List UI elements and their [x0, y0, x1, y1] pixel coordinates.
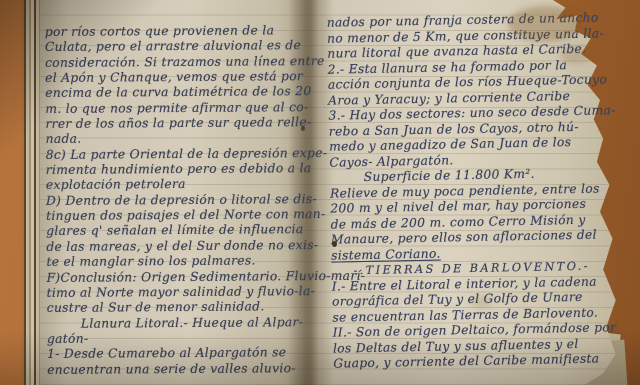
handwriting-line: encima de la curva batimétrica de los 20: [45, 84, 303, 101]
handwriting-line: nada.: [46, 131, 304, 148]
handwriting-line: m. lo que nos permite afirmar que al co-: [45, 100, 303, 117]
left-page-text: por ríos cortos que provienen de laCulat…: [45, 23, 305, 378]
handwriting-line: custre al Sur de menor salinidad.: [47, 299, 305, 316]
handwriting-line: timo al Norte mayor salinidad y fluvio-l…: [47, 284, 305, 301]
handwriting-line: rimenta hundimiento pero es debido a la: [46, 161, 304, 178]
handwriting-line: encuentran una serie de valles aluvio-: [47, 361, 305, 378]
handwriting-line: glares q' señalan el límite de influenci…: [46, 223, 304, 240]
handwriting-line: de las mareas, y el del Sur donde no exi…: [46, 238, 304, 255]
notebook-photo: por ríos cortos que provienen de laCulat…: [0, 0, 640, 385]
handwriting-line: Culata, pero el arrastre aluvional es de: [45, 38, 303, 55]
ink-speck: [301, 126, 305, 131]
handwriting-line: rrer de los años la parte sur queda rell…: [45, 115, 303, 132]
handwriting-line: Llanura Litoral.- Hueque al Alpar-: [47, 315, 305, 332]
handwriting-line: te el manglar sino los palmares.: [46, 253, 304, 270]
handwriting-line: 8c) La parte Oriental de la depresión ex…: [46, 146, 304, 163]
handwriting-line: 1- Desde Cumarebo al Alpargatón se: [47, 345, 305, 362]
handwriting-line: explotación petrolera: [46, 177, 304, 194]
right-page-text: nados por una franja costera de un ancho…: [327, 10, 612, 372]
handwriting-line: F)Conclusión: Origen Sedimentario. Fluvi…: [46, 269, 304, 286]
handwriting-line: D) Dentro de la depresión o litoral se d…: [46, 192, 304, 209]
handwriting-line: consideración. Si trazamos una línea ent…: [45, 54, 303, 71]
handwriting-line: por ríos cortos que provienen de la: [45, 23, 303, 40]
ink-speck: [332, 241, 337, 247]
